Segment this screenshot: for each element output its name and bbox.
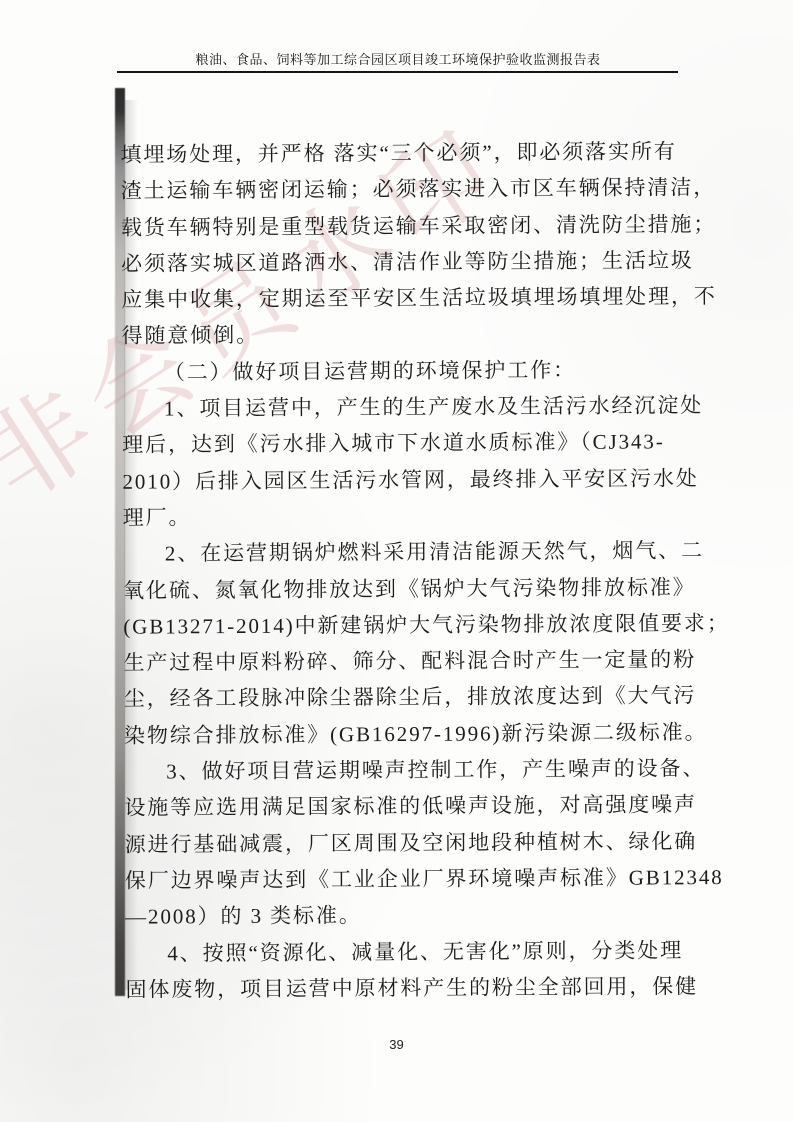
body-line: 理厂。 [123,496,679,536]
body-line: 源进行基础减震，厂区周围及空闲地段种植树木、绿化确 [125,823,681,863]
body-line: 3、做好项目营运期噪声控制工作，产生噪声的设备、 [124,750,680,790]
body-line: 保厂边界噪声达到《工业企业厂界环境噪声标准》GB12348 [125,859,681,899]
body-line: 必须落实城区道路洒水、清洁作业等防尘措施；生活垃圾 [121,242,677,282]
body-line: 1、项目运营中，产生的生产废水及生活污水经沉淀处 [122,387,678,427]
document-header-title: 粮油、食品、饲料等加工综合园区项目竣工环境保护验收监测报告表 [118,49,678,68]
page-number: 39 [0,1037,793,1052]
body-line: 2010）后排入园区生活污水管网，最终排入平安区污水处 [122,460,678,500]
body-line: 载货车辆特别是重型载货运输车采取密闭、清洗防尘措施； [121,206,677,246]
body-line: 设施等应选用满足国家标准的低噪声设施，对高强度噪声 [124,787,680,827]
body-line: 理后，达到《污水排入城市下水道水质标准》（CJ343- [122,424,678,464]
body-line: 氧化硫、氮氧化物排放达到《锅炉大气污染物排放标准》 [123,569,679,609]
body-line: 染物综合排放标准》(GB16297-1996)新污染源二级标准。 [124,714,680,754]
body-line: 尘，经各工段脉冲除尘器除尘后，排放浓度达到《大气污 [124,678,680,718]
body-line: 2、在运营期锅炉燃料采用清洁能源天然气，烟气、二 [123,533,679,573]
body-line: 生产过程中原料粉碎、筛分、配料混合时产生一定量的粉 [123,641,679,681]
scanned-document-page: 粮油、食品、饲料等加工综合园区项目竣工环境保护验收监测报告表 非会员水印 填埋场… [0,0,793,1122]
body-line: （二）做好项目运营期的环境保护工作： [122,351,678,391]
document-body: 填埋场处理，并严格 落实“三个必须”，即必须落实所有渣土运输车辆密闭运输；必须落… [120,133,681,1008]
body-line: 应集中收集，定期运至平安区生活垃圾填埋场填埋处理，不 [121,278,677,318]
body-line: (GB13271-2014)中新建锅炉大气污染物排放浓度限值要求； [123,605,679,645]
body-line: 渣土运输车辆密闭运输；必须落实进入市区车辆保持清洁， [121,170,677,210]
body-line: —2008）的 3 类标准。 [125,896,681,936]
header-rule-line [117,71,678,73]
body-line: 4、按照“资源化、减量化、无害化”原则，分类处理 [125,932,681,972]
body-line: 固体废物，项目运营中原材料产生的粉尘全部回用，保健 [125,968,681,1008]
body-line: 填埋场处理，并严格 落实“三个必须”，即必须落实所有 [120,133,676,173]
body-line: 得随意倾倒。 [121,315,677,355]
